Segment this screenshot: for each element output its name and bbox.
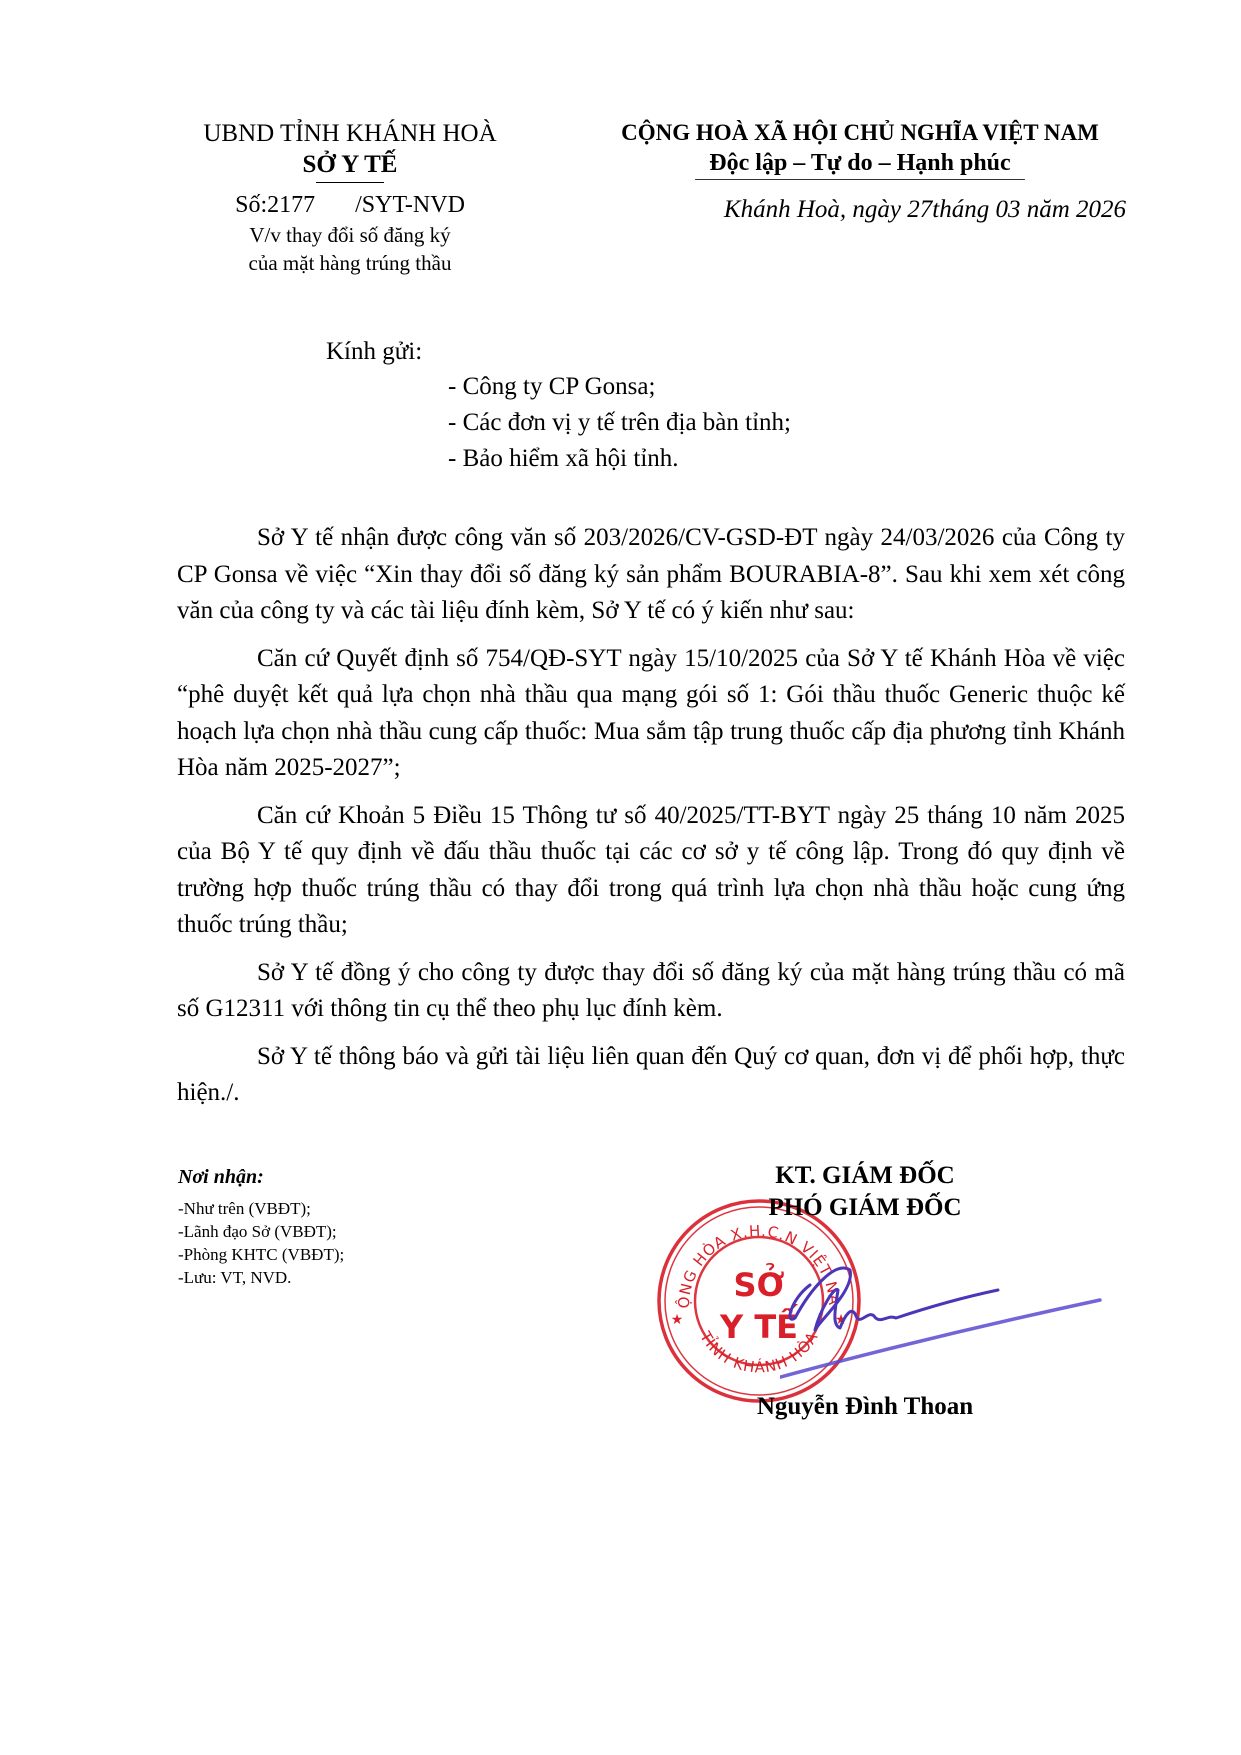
doc-number-value: 2177 [267,192,315,218]
recipients-block: Kính gửi: - Công ty CP Gonsa; - Các đơn … [326,335,791,477]
department-name: SỞ Y TẾ [150,150,550,180]
recipients-list: - Công ty CP Gonsa; - Các đơn vị y tế tr… [326,369,791,477]
handwritten-signature [780,1230,1110,1390]
distribution-title: Nơi nhận: [178,1163,538,1191]
doc-number-prefix: Số: [235,192,267,218]
distribution-item: -Như trên (VBĐT); [178,1197,538,1220]
signer-role-line-2: PHÓ GIÁM ĐỐC [700,1192,1030,1224]
body-paragraph: Sở Y tế đồng ý cho công ty được thay đổi… [177,955,1125,1028]
svg-text:SỞ: SỞ [734,1262,785,1304]
distribution-list: Nơi nhận: -Như trên (VBĐT); -Lãnh đạo Sở… [178,1163,538,1289]
national-motto: Độc lập – Tự do – Hạnh phúc [709,148,1010,178]
doc-number-suffix: /SYT-NVD [355,192,465,218]
subject-line-1: V/v thay đổi số đăng ký [150,221,550,249]
letter-body: Sở Y tế nhận được công văn số 203/2026/C… [177,520,1125,1123]
recipient-item: - Các đơn vị y tế trên địa bàn tỉnh; [448,405,791,441]
body-paragraph: Sở Y tế nhận được công văn số 203/2026/C… [177,520,1125,630]
recipients-label: Kính gửi: [326,335,791,369]
recipient-item: - Bảo hiểm xã hội tỉnh. [448,441,791,477]
place-and-date: Khánh Hoà, ngày 27tháng 03 năm 2026 [580,194,1140,226]
recipient-item: - Công ty CP Gonsa; [448,369,791,405]
signature-scribble-icon [780,1230,1110,1390]
motto-underline [695,179,1025,180]
agency-name: UBND TỈNH KHÁNH HOÀ [150,118,550,150]
signer-role-line-1: KT. GIÁM ĐỐC [700,1160,1030,1192]
body-paragraph: Căn cứ Quyết định số 754/QĐ-SYT ngày 15/… [177,641,1125,787]
signer-name: Nguyễn Đình Thoan [700,1393,1030,1421]
body-paragraph: Căn cứ Khoản 5 Điều 15 Thông tư số 40/20… [177,798,1125,944]
svg-text:★: ★ [671,1313,684,1328]
document-number: Số:2177/SYT-NVD [150,189,550,221]
issuing-agency-block: UBND TỈNH KHÁNH HOÀ SỞ Y TẾ Số:2177/SYT-… [150,118,550,277]
department-underline [316,182,384,183]
signature-block: KT. GIÁM ĐỐC PHÓ GIÁM ĐỐC [700,1160,1030,1224]
national-header-block: CỘNG HOÀ XÃ HỘI CHỦ NGHĨA VIỆT NAM Độc l… [580,118,1140,226]
distribution-item: -Lãnh đạo Sở (VBĐT); [178,1220,538,1243]
distribution-item: -Lưu: VT, NVD. [178,1266,538,1289]
body-paragraph: Sở Y tế thông báo và gửi tài liệu liên q… [177,1039,1125,1112]
distribution-items: -Như trên (VBĐT); -Lãnh đạo Sở (VBĐT); -… [178,1197,538,1289]
subject-line-2: của mặt hàng trúng thầu [150,249,550,277]
nation-title: CỘNG HOÀ XÃ HỘI CHỦ NGHĨA VIỆT NAM [580,118,1140,148]
distribution-item: -Phòng KHTC (VBĐT); [178,1243,538,1266]
